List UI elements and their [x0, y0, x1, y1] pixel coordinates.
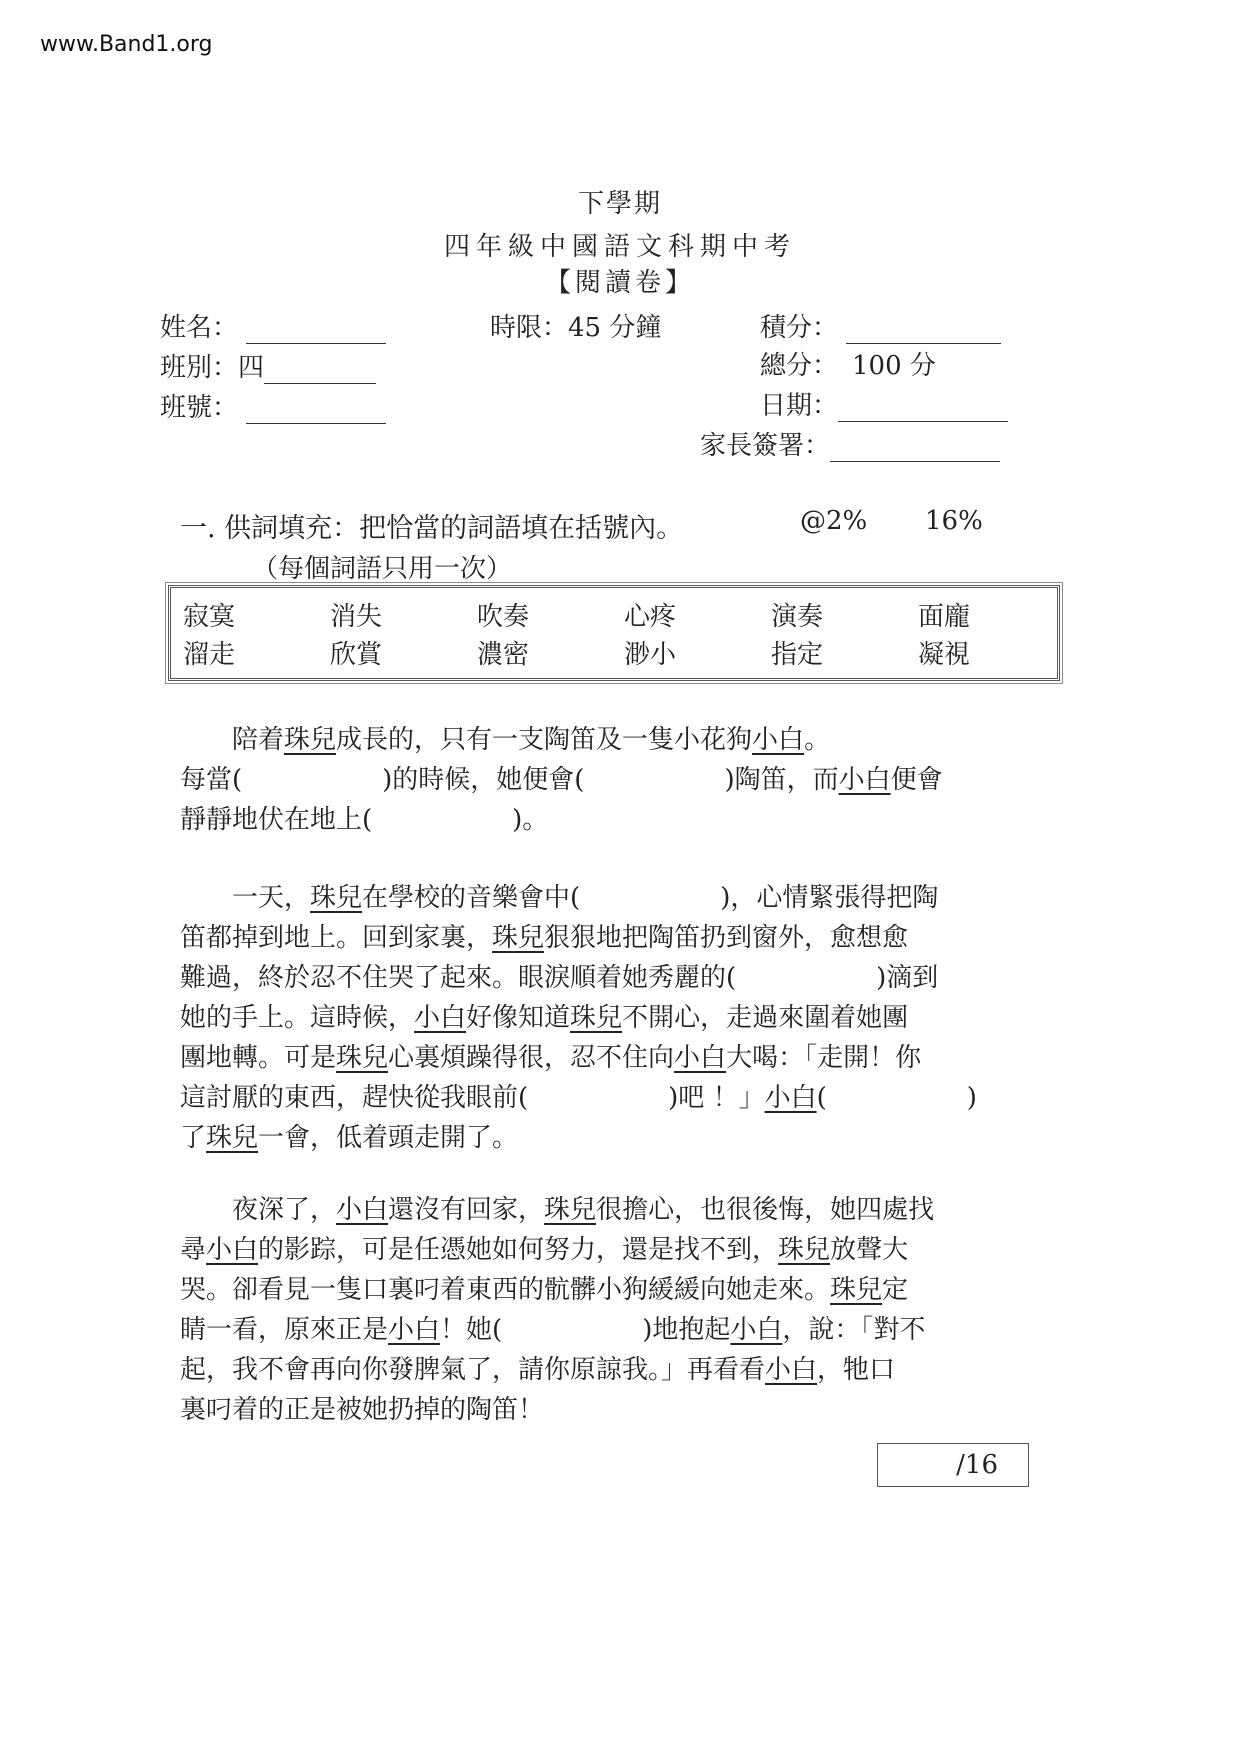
text: 了	[180, 1123, 206, 1153]
text: 尋	[180, 1235, 206, 1265]
proper-noun: 珠兒	[284, 725, 336, 755]
proper-noun: 珠兒	[778, 1235, 830, 1265]
word-item: 寂寞	[183, 596, 330, 633]
term-title: 下學期	[0, 183, 1240, 220]
text: 定	[882, 1275, 908, 1305]
passage-paragraph-2: 一天，珠兒在學校的音樂會中()，心情緊張得把陶 笛都掉到地上。回到家裏，珠兒狠狠…	[180, 878, 1060, 1158]
text: 她的手上。這時候，	[180, 1003, 414, 1033]
proper-noun: 小白	[206, 1235, 258, 1265]
proper-noun: 小白	[730, 1315, 782, 1345]
text: 放聲大	[830, 1235, 908, 1265]
text: )滴到	[876, 963, 938, 993]
word-item: 欣賞	[330, 634, 477, 671]
number-label: 班號：	[160, 393, 238, 423]
paper-title: 【閱讀卷】	[0, 262, 1240, 299]
total-value: 100 分	[852, 351, 936, 381]
text: 一天，	[180, 883, 310, 913]
total-label: 總分：	[760, 351, 838, 381]
text: ！她(	[440, 1315, 502, 1345]
passage-line: 睛一看，原來正是小白！她()地抱起小白，說：「對不	[180, 1310, 1060, 1350]
word-item: 消失	[330, 596, 477, 633]
text: 陪着	[180, 725, 284, 755]
text: )。	[512, 805, 548, 835]
word-item: 演奏	[771, 596, 918, 633]
text: )，心情緊張得把陶	[720, 883, 938, 913]
word-item: 吹奏	[477, 596, 624, 633]
text: 大喝：「走開！你	[726, 1043, 921, 1073]
date-label: 日期：	[760, 391, 838, 421]
proper-noun: 珠兒	[830, 1275, 882, 1305]
text: )的時候，她便會(	[382, 765, 584, 795]
number-field: 班號：	[160, 387, 386, 424]
text: 裏叼着的正是被她扔掉的陶笛！	[180, 1395, 544, 1425]
proper-noun: 小白	[752, 725, 804, 755]
score-label: 積分：	[760, 313, 838, 343]
text: 這討厭的東西，趕快從我眼前(	[180, 1083, 528, 1113]
text: 的影踪，可是任憑她如何努力，還是找不到，	[258, 1235, 778, 1265]
name-label: 姓名：	[160, 313, 238, 343]
exam-title: 四年級中國語文科期中考	[0, 226, 1240, 263]
passage-line: 夜深了，小白還沒有回家，珠兒很擔心，也很後悔，她四處找	[180, 1190, 1060, 1230]
text: 靜靜地伏在地上(	[180, 805, 372, 835]
word-row-1: 寂寞 消失 吹奏 心疼 演奏 面龐	[183, 596, 1065, 633]
text: 心裏煩躁得很，忍不住向	[388, 1043, 674, 1073]
text: )地抱起	[642, 1315, 730, 1345]
section-heading: 一. 供詞填充：把恰當的詞語填在括號內。	[180, 506, 683, 545]
name-input-line[interactable]	[246, 315, 386, 344]
passage-line: 起，我不會再向你發脾氣了，請你原諒我。」再看看小白，牠口	[180, 1350, 1060, 1390]
text: (	[817, 1083, 827, 1113]
proper-noun: 小白	[674, 1043, 726, 1073]
word-item: 渺小	[624, 634, 771, 671]
text: 夜深了，	[180, 1195, 336, 1225]
text: )	[967, 1083, 977, 1113]
passage-paragraph-3: 夜深了，小白還沒有回家，珠兒很擔心，也很後悔，她四處找 尋小白的影踪，可是任憑她…	[180, 1190, 1060, 1430]
time-limit: 時限：45 分鐘	[490, 307, 661, 344]
parent-sign-label: 家長簽署：	[700, 431, 830, 461]
text: )陶笛，而	[724, 765, 838, 795]
passage-line: 一天，珠兒在學校的音樂會中()，心情緊張得把陶	[180, 878, 1060, 918]
text: 狠狠地把陶笛扔到窗外，愈想愈	[544, 923, 908, 953]
proper-noun: 珠兒	[336, 1043, 388, 1073]
parent-sign-input-line[interactable]	[830, 433, 1000, 462]
proper-noun: 珠兒	[310, 883, 362, 913]
text: 哭。卻看見一隻口裏叼着東西的骯髒小狗緩緩向她走來。	[180, 1275, 830, 1305]
class-field: 班別：四	[160, 347, 376, 384]
proper-noun: 珠兒	[570, 1003, 622, 1033]
text: 難過，終於忍不住哭了起來。眼淚順着她秀麗的(	[180, 963, 736, 993]
word-item: 心疼	[624, 596, 771, 633]
class-input-line[interactable]	[264, 355, 376, 384]
proper-noun: 珠兒	[544, 1195, 596, 1225]
word-bank: 寂寞 消失 吹奏 心疼 演奏 面龐 溜走 欣賞 濃密 渺小 指定 凝視	[168, 585, 1060, 681]
text: 睛一看，原來正是	[180, 1315, 388, 1345]
text: 一會，低着頭走開了。	[258, 1123, 518, 1153]
text: 笛都掉到地上。回到家裏，	[180, 923, 492, 953]
class-value: 四	[238, 353, 264, 383]
passage-line: 笛都掉到地上。回到家裏，珠兒狠狠地把陶笛扔到窗外，愈想愈	[180, 918, 1060, 958]
passage-paragraph-1: 陪着珠兒成長的，只有一支陶笛及一隻小花狗小白。 每當()的時候，她便會()陶笛，…	[180, 720, 1060, 840]
text: )吧 ！」	[668, 1083, 764, 1113]
word-item: 溜走	[183, 634, 330, 671]
passage-line: 團地轉。可是珠兒心裏煩躁得很，忍不住向小白大喝：「走開！你	[180, 1038, 1060, 1078]
proper-noun: 小白	[765, 1083, 817, 1113]
text: 好像知道	[466, 1003, 570, 1033]
proper-noun: 珠兒	[492, 923, 544, 953]
passage-line: 難過，終於忍不住哭了起來。眼淚順着她秀麗的()滴到	[180, 958, 1060, 998]
passage-line: 裏叼着的正是被她扔掉的陶笛！	[180, 1390, 1060, 1430]
passage-line: 哭。卻看見一隻口裏叼着東西的骯髒小狗緩緩向她走來。珠兒定	[180, 1270, 1060, 1310]
text: 每當(	[180, 765, 242, 795]
proper-noun: 珠兒	[206, 1123, 258, 1153]
class-label: 班別：	[160, 353, 238, 383]
passage-line: 靜靜地伏在地上()。	[180, 800, 1060, 840]
score-input-line[interactable]	[846, 315, 1001, 344]
proper-noun: 小白	[414, 1003, 466, 1033]
text: 團地轉。可是	[180, 1043, 336, 1073]
text: 不開心，走過來圍着她團	[622, 1003, 908, 1033]
text: 成長的，只有一支陶笛及一隻小花狗	[336, 725, 752, 755]
proper-noun: 小白	[765, 1355, 817, 1385]
score-field: 積分：	[760, 307, 1001, 344]
section-note: （每個詞語只用一次）	[252, 548, 512, 585]
text: ，說：「對不	[782, 1315, 925, 1345]
word-item: 濃密	[477, 634, 624, 671]
text: ，牠口	[817, 1355, 895, 1385]
text: 便會	[891, 765, 943, 795]
text: 在學校的音樂會中(	[362, 883, 580, 913]
total-field: 總分：100 分	[760, 345, 936, 382]
passage-line: 每當()的時候，她便會()陶笛，而小白便會	[180, 760, 1060, 800]
proper-noun: 小白	[336, 1195, 388, 1225]
section-total-marks: 16%	[925, 506, 983, 536]
passage-line: 這討厭的東西，趕快從我眼前()吧 ！」小白()	[180, 1078, 1060, 1118]
proper-noun: 小白	[388, 1315, 440, 1345]
word-row-2: 溜走 欣賞 濃密 渺小 指定 凝視	[183, 634, 1065, 671]
passage-line: 她的手上。這時候，小白好像知道珠兒不開心，走過來圍着她團	[180, 998, 1060, 1038]
word-item: 面龐	[918, 596, 1065, 633]
passage-line: 了珠兒一會，低着頭走開了。	[180, 1118, 1060, 1158]
name-field: 姓名：	[160, 307, 386, 344]
section-score-box: /16	[877, 1443, 1029, 1487]
per-item-marks: @2%	[800, 506, 867, 536]
proper-noun: 小白	[839, 765, 891, 795]
text: 起，我不會再向你發脾氣了，請你原諒我。」再看看	[180, 1355, 765, 1385]
date-input-line[interactable]	[838, 393, 1008, 422]
date-field: 日期：	[760, 385, 1008, 422]
passage-line: 尋小白的影踪，可是任憑她如何努力，還是找不到，珠兒放聲大	[180, 1230, 1060, 1270]
text: 還沒有回家，	[388, 1195, 544, 1225]
text: 很擔心，也很後悔，她四處找	[596, 1195, 934, 1225]
site-watermark: www.Band1.org	[40, 32, 213, 57]
parent-sign-field: 家長簽署：	[700, 425, 1000, 462]
word-item: 凝視	[918, 634, 1065, 671]
text: 。	[804, 725, 830, 755]
number-input-line[interactable]	[246, 395, 386, 424]
passage-line: 陪着珠兒成長的，只有一支陶笛及一隻小花狗小白。	[180, 720, 1060, 760]
word-item: 指定	[771, 634, 918, 671]
